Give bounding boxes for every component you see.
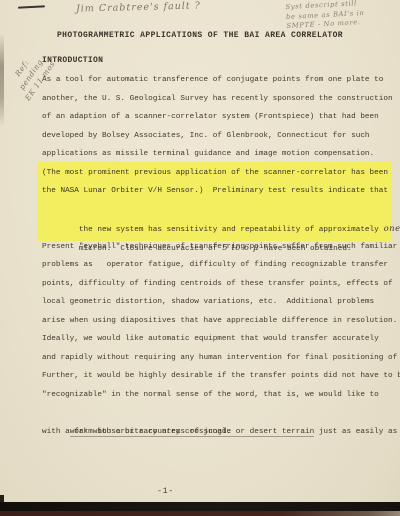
body-line: problems as operator fatigue, difficulty… [42, 256, 394, 275]
document-title: PHOTOGRAMMETRIC APPLICATIONS OF THE BAI … [0, 31, 400, 40]
body-line-text: just as easily as we work [314, 428, 400, 436]
scan-bottom-edge-strip [0, 511, 400, 516]
body-line: applications as missile terminal guidanc… [42, 145, 394, 164]
scan-bottom-black-band [0, 502, 400, 511]
body-line: (The most prominent previous application… [42, 164, 392, 183]
body-line: and rapidly without requiring any human … [42, 349, 394, 368]
body-line: of an adaption of a scanner-correlator s… [42, 108, 394, 127]
body-line: Ideally, we would like automatic equipme… [42, 330, 394, 349]
handwritten-note-top-center: Jim Crabtree's fault ? [76, 0, 201, 14]
body-line: local geometric distortion, shadow varia… [42, 293, 394, 312]
body-line: Present "eyeball" techniques of transfer… [42, 238, 394, 257]
body-line: arise when using diapositives that have … [42, 312, 394, 331]
scan-left-edge-shadow [0, 34, 4, 126]
body-line: developed by Bolsey Associates, Inc. of … [42, 127, 394, 146]
document-body: As a tool for automatic transference of … [42, 71, 394, 441]
body-line: work with arbitrary areas of jungle or d… [42, 404, 394, 423]
body-line: the new system has sensitivity and repea… [42, 201, 392, 220]
section-heading: INTRODUCTION [42, 56, 103, 65]
body-line: points, difficulty of finding centroids … [42, 275, 394, 294]
page-number: -1- [157, 486, 174, 496]
scanned-document-page: Jim Crabtree's fault ? Syst descript sti… [0, 0, 400, 516]
body-line: As a tool for automatic transference of … [42, 71, 394, 90]
body-line: "recognizable" in the normal sense of th… [42, 386, 394, 405]
body-line: the NASA Lunar Orbiter V/H Sensor.) Prel… [42, 182, 392, 201]
handwritten-note-top-right: Syst descript still be same as BAI's in … [285, 0, 365, 32]
handwritten-insert-one: one [384, 223, 400, 233]
body-line: Further, it would be highly desirable if… [42, 367, 394, 386]
body-line-text: the new system has sensitivity and repea… [79, 226, 379, 234]
pencil-dash-mark [18, 5, 45, 9]
yellow-highlighted-passage: (The most prominent previous application… [37, 162, 392, 241]
body-line: another, the U. S. Geological Survey has… [42, 90, 394, 109]
